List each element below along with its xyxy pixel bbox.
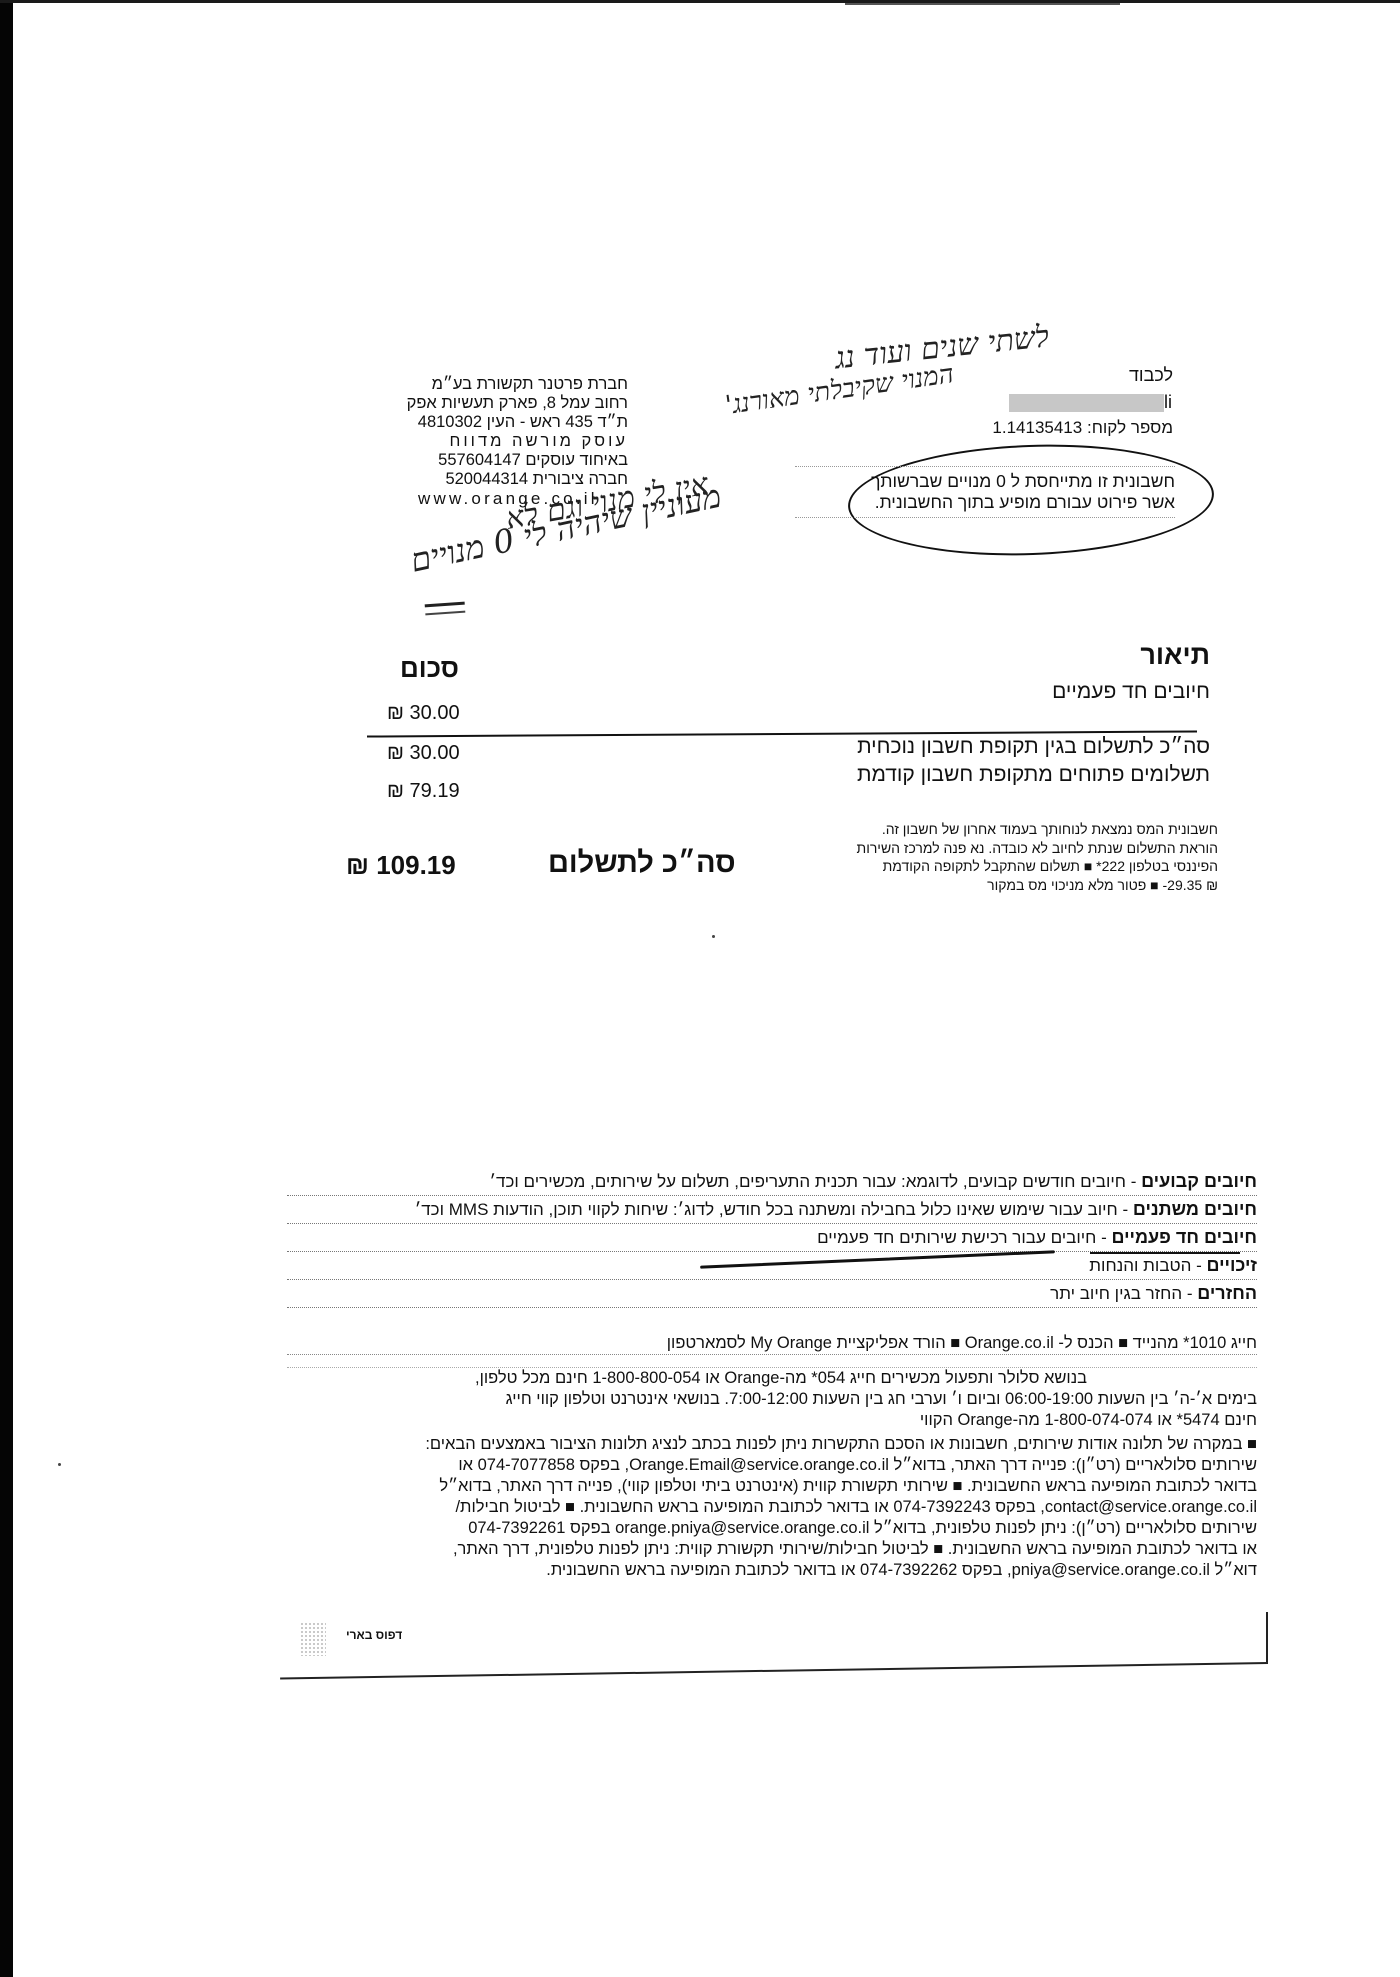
note-line: הוראת התשלום שנתת לחיוב לא כובדה. נא פנה…: [798, 839, 1218, 858]
summary-row-description: חיובים חד פעמיים: [1052, 680, 1210, 704]
contact-line: contact@service.orange.co.il, בפקס 074-7…: [287, 1497, 1257, 1518]
customer-number: מספר לקוח: 1.14135413: [992, 418, 1173, 438]
legend-item: חיובים משתנים - חיוב עבור שימוש שאינו כל…: [287, 1196, 1257, 1224]
legend-item: זיכויים - הטבות והנחות: [287, 1252, 1257, 1280]
redaction-box: [1009, 394, 1164, 412]
customer-name-fragment: li: [1164, 392, 1172, 413]
customer-number-value: 1.14135413: [992, 418, 1082, 437]
column-header-description: תיאור: [1140, 640, 1210, 671]
contact-line: חייג 1010* מהנייד ■ הכנס ל- Orange.co.il…: [287, 1333, 1257, 1355]
contact-line: חינם 5474* או 1-800-074-074 מה-Orange הק…: [287, 1410, 1257, 1431]
notice-line: אשר פירוט עבורם מופיע בתוך החשבונית.: [795, 492, 1175, 513]
customer-number-label: מספר לקוח:: [1087, 418, 1173, 437]
legend-item: חיובים חד פעמיים - חיובים עבור רכישת שיר…: [287, 1224, 1257, 1252]
contact-line: בנושא סלולר ותפעול מכשירים חייג 054* מה-…: [287, 1367, 1257, 1389]
total-amount: ₪ 109.19: [346, 850, 456, 881]
payment-note: חשבונית המס נמצאת לנוחותך בעמוד אחרון של…: [798, 820, 1218, 894]
summary-row-amount: ₪ 79.19: [387, 780, 460, 803]
company-line: חברת פרטנר תקשורת בע״מ: [418, 375, 628, 394]
note-line: ‎-29.35 ₪‎ ■ פטור מלא מניכוי מס במקור: [798, 876, 1218, 895]
scan-edge-left: [0, 0, 13, 1977]
company-line: רחוב עמל 8, פארק תעשיות אפק: [418, 394, 628, 413]
contact-line: או בדואר לכתובת המופיעה בראש החשבונית. ■…: [287, 1539, 1257, 1560]
contact-line: שירותים סלולאריים (רט״ן): פנייה דרך האתר…: [287, 1455, 1257, 1476]
company-line: עוסק מורשה מדווח: [418, 432, 628, 451]
charges-legend: חיובים קבועים - חיובים חודשים קבועים, לד…: [287, 1168, 1257, 1308]
summary-row-description: סה״כ לתשלום בגין תקופת חשבון נוכחית: [857, 735, 1210, 759]
contact-channels: חייג 1010* מהנייד ■ הכנס ל- Orange.co.il…: [287, 1333, 1257, 1355]
summary-row-description: תשלומים פתוחים מתקופת חשבון קודמת: [857, 763, 1210, 787]
legend-item: חיובים קבועים - חיובים חודשים קבועים, לד…: [287, 1168, 1257, 1196]
addressee-label: לכבוד: [1129, 365, 1173, 386]
column-header-amount: סכום: [400, 653, 459, 684]
handwritten-underline: [1090, 1252, 1240, 1254]
scan-edge-top: [0, 0, 1400, 3]
notice-line: חשבונית זו מתייחסת ל 0 מנויים שברשותך: [795, 471, 1175, 492]
contact-line: דוא״ל pniya@service.orange.co.il, בפקס 0…: [287, 1560, 1257, 1581]
summary-row-amount: ₪ 30.00: [387, 742, 460, 765]
complaints-info: ■ במקרה של תלונה אודות שירותים, חשבונות …: [287, 1434, 1257, 1581]
subscribers-notice: חשבונית זו מתייחסת ל 0 מנויים שברשותך אש…: [795, 466, 1175, 518]
printer-logo: [300, 1622, 326, 1656]
footer-border: [1266, 1612, 1268, 1662]
handwritten-underline: [425, 602, 466, 616]
summary-row-amount: ₪ 30.00: [387, 702, 460, 725]
customer-name-redacted: li: [962, 392, 1172, 412]
legend-item: החזרים - החזר בגין חיוב יתר: [287, 1280, 1257, 1308]
contact-line: ■ במקרה של תלונה אודות שירותים, חשבונות …: [287, 1434, 1257, 1455]
company-line: ת״ד 435 ראש - העין 4810302: [418, 413, 628, 432]
total-label: סה״כ לתשלום: [548, 847, 736, 880]
contact-line: בימים א׳-ה׳ בין השעות 06:00-19:00 וביום …: [287, 1389, 1257, 1410]
scan-edge-top-mark: [845, 3, 1120, 5]
scan-speck: [712, 935, 715, 938]
contact-line: בדואר לכתובת המופיעה בראש החשבונית. ■ שי…: [287, 1476, 1257, 1497]
footer-border: [280, 1662, 1268, 1680]
note-line: הפיננסי בטלפון 222* ■ תשלום שהתקבל לתקופ…: [798, 857, 1218, 876]
contact-line: שירותים סלולאריים (רט״ן): ניתן לפנות טלפ…: [287, 1518, 1257, 1539]
support-hours: בנושא סלולר ותפעול מכשירים חייג 054* מה-…: [287, 1367, 1257, 1431]
printer-credit: דפוס בארי: [346, 1628, 402, 1642]
company-line: באיחוד עוסקים 557604147: [418, 451, 628, 470]
scan-speck: [58, 1463, 61, 1466]
note-line: חשבונית המס נמצאת לנוחותך בעמוד אחרון של…: [798, 820, 1218, 839]
